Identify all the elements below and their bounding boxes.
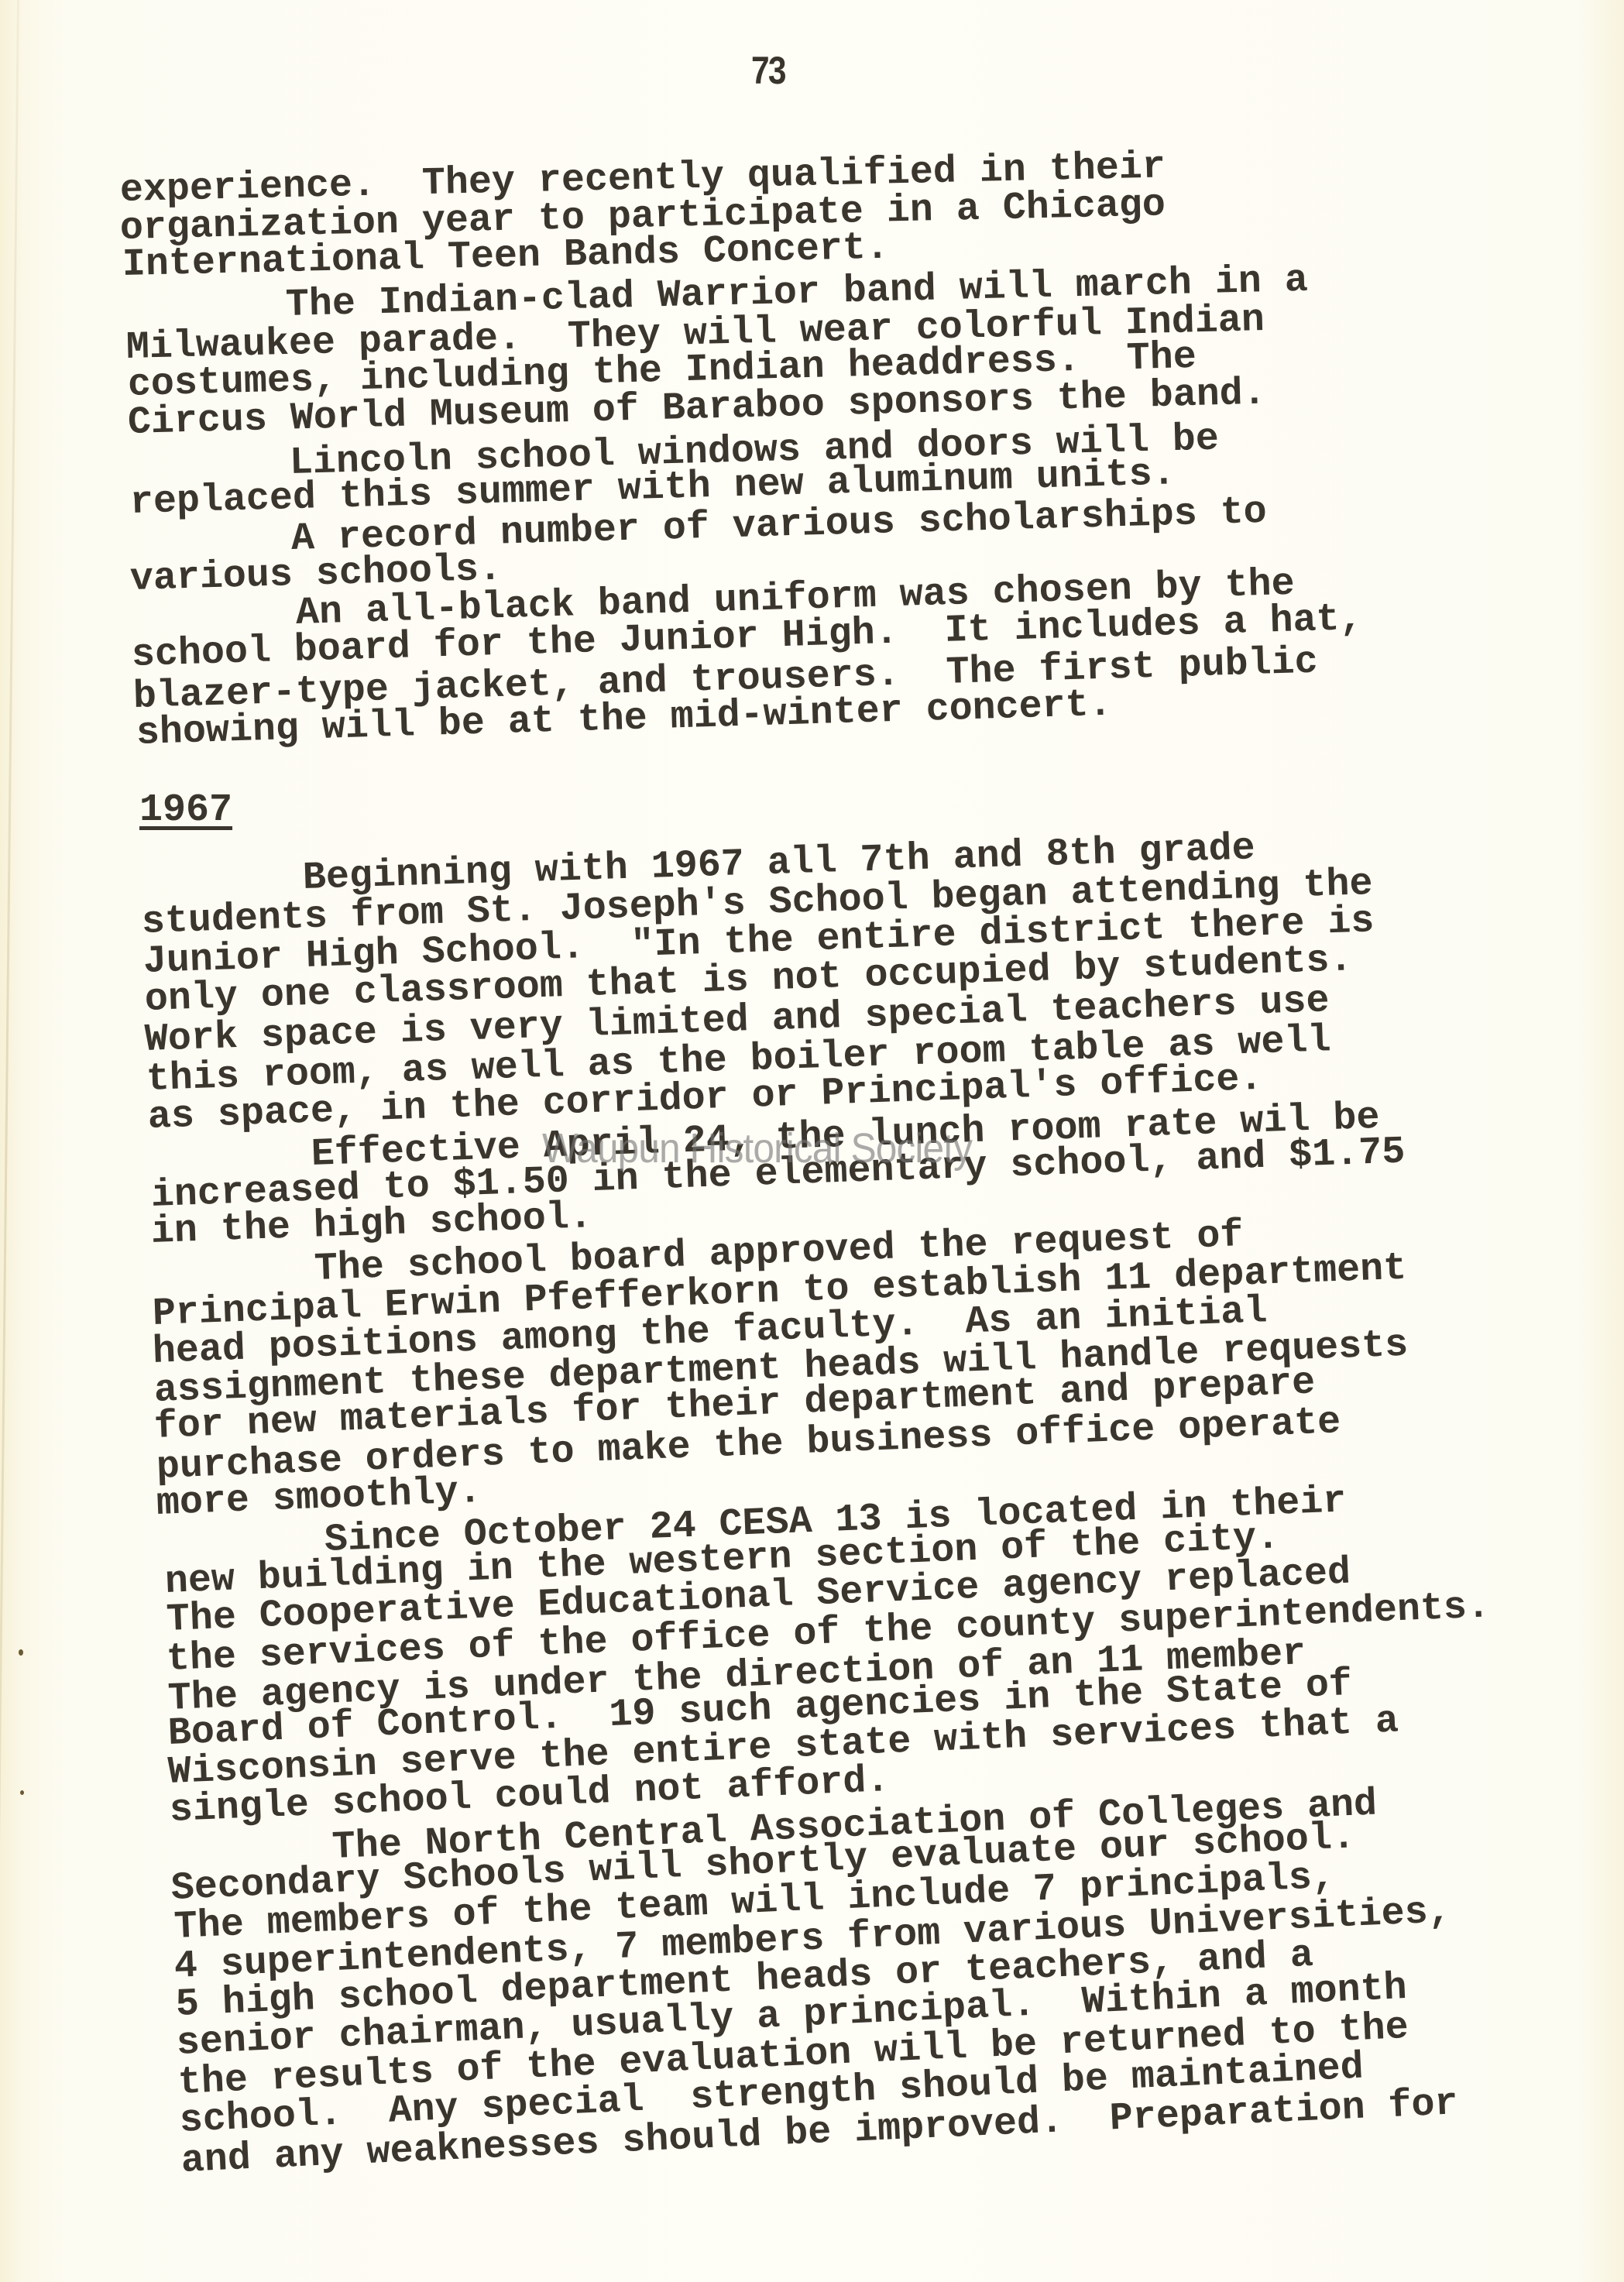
paper-speck [19,1649,23,1656]
page-binding-edge [0,0,19,2282]
page-number: 73 [751,48,785,93]
document-page: 73 experience. They recently qualified i… [0,0,1624,2282]
section-heading-1967: 1967 [139,791,232,830]
paper-speck [20,1790,24,1795]
